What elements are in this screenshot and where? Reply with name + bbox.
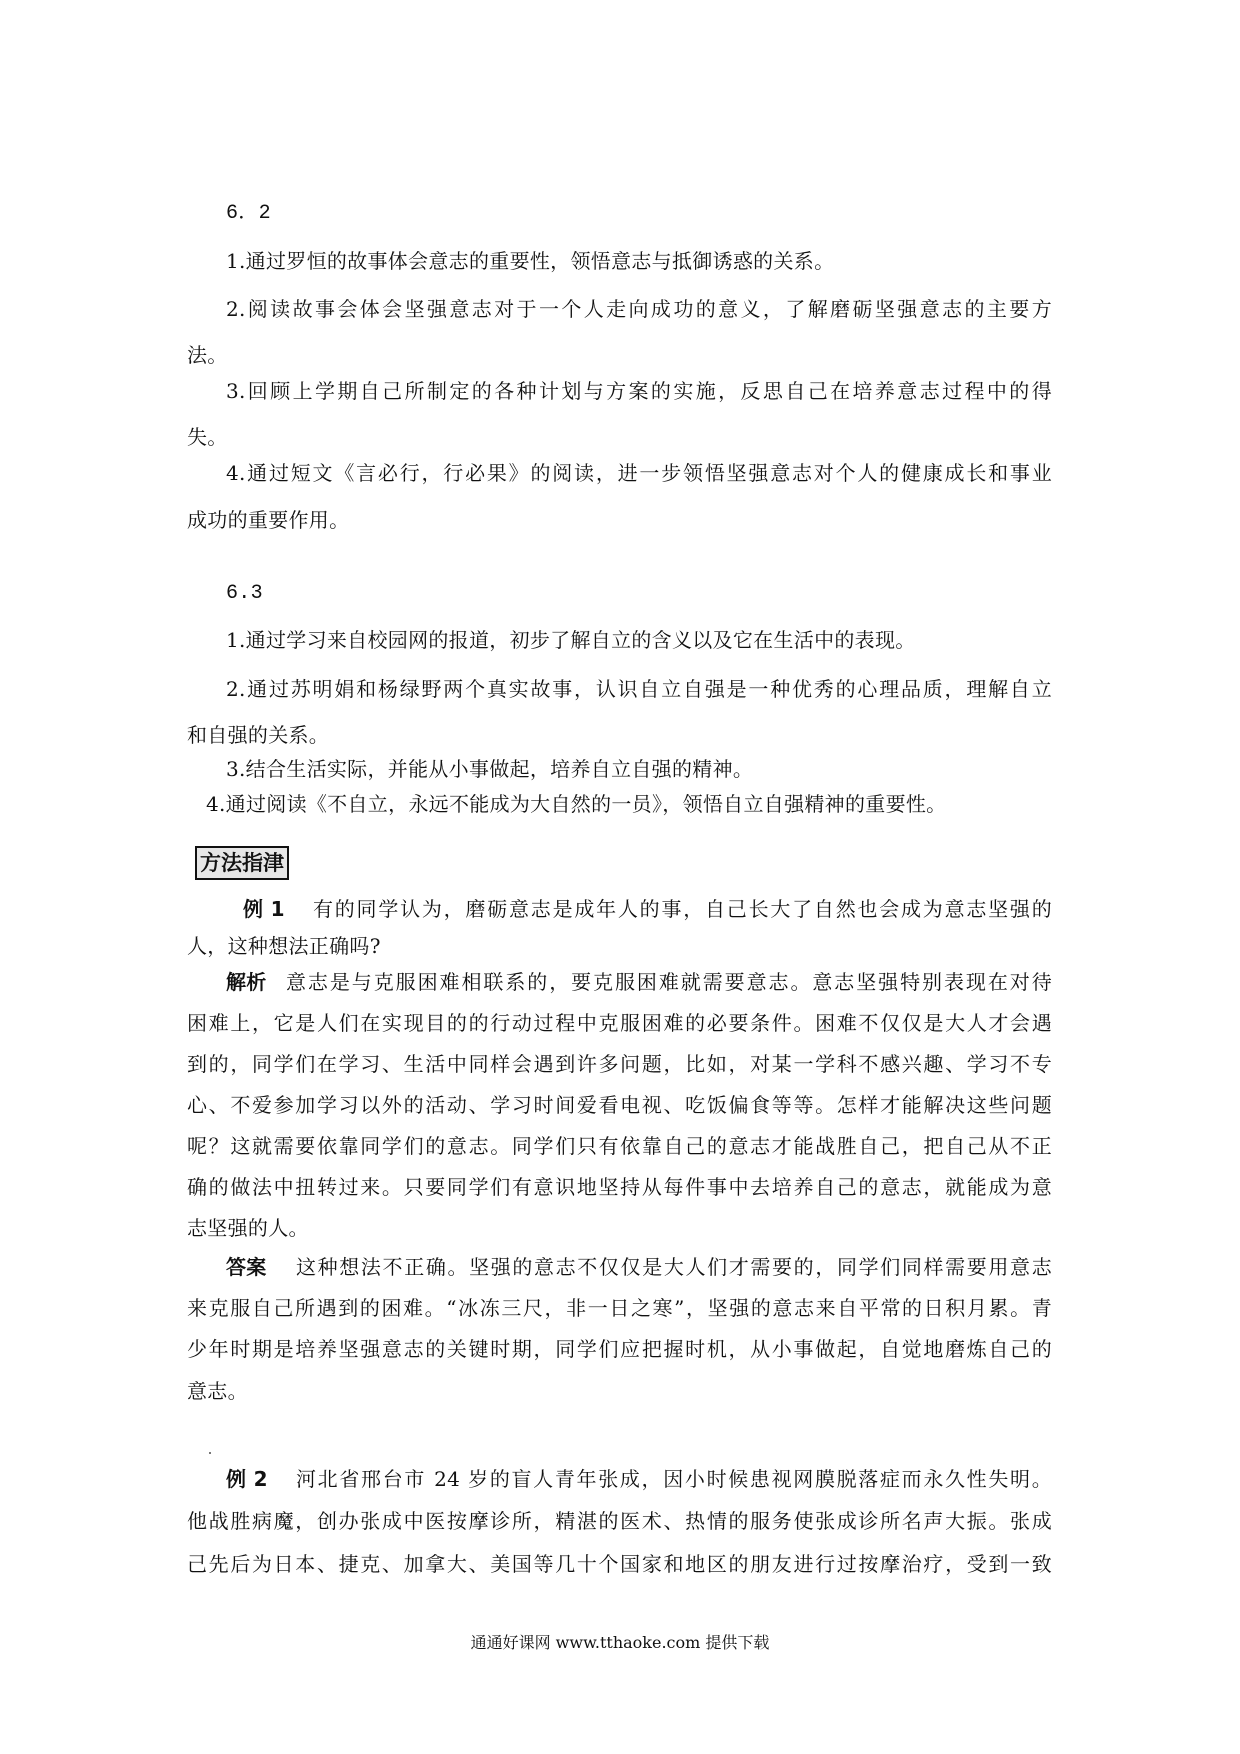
- objective-item: 3.结合生活实际，并能从小事做起，培养自立自强的精神。: [226, 755, 753, 783]
- objective-item-cont: 成功的重要作用。: [187, 506, 349, 534]
- analysis-text: 确的做法中扭转过来。只要同学们有意识地坚持从每件事中去培养自己的意志，就能成为意: [187, 1173, 1052, 1201]
- section-number: 6．2: [226, 200, 271, 228]
- answer-label: 答案: [226, 1255, 267, 1279]
- objective-item: 4.通过阅读《不自立，永远不能成为大自然的一员》，领悟自立自强精神的重要性。: [206, 790, 946, 818]
- analysis-text: 呢？这就需要依靠同学们的意志。同学们只有依靠自己的意志才能战胜自己，把自己从不正: [187, 1132, 1052, 1160]
- objective-item: 1.通过罗恒的故事体会意志的重要性，领悟意志与抵御诱惑的关系。: [226, 247, 834, 275]
- example-text: 己先后为日本、捷克、加拿大、美国等几十个国家和地区的朋友进行过按摩治疗，受到一致: [187, 1550, 1052, 1578]
- example-2-label: 例 2: [226, 1467, 268, 1491]
- document-page: 6．2 1.通过罗恒的故事体会意志的重要性，领悟意志与抵御诱惑的关系。 2.阅读…: [0, 0, 1240, 1754]
- example-question-cont: 人，这种想法正确吗?: [187, 932, 381, 960]
- objective-item: 2.通过苏明娟和杨绿野两个真实故事，认识自立自强是一种优秀的心理品质，理解自立: [226, 675, 1052, 703]
- answer-text: 意志。: [187, 1377, 248, 1405]
- answer-label-line: 答案: [226, 1253, 267, 1281]
- analysis-label-line: 解析: [226, 968, 267, 996]
- objective-item: 2.阅读故事会体会坚强意志对于一个人走向成功的意义，了解磨砺坚强意志的主要方: [226, 295, 1052, 323]
- answer-text: 这种想法不正确。坚强的意志不仅仅是大人们才需要的，同学们同样需要用意志: [296, 1253, 1052, 1281]
- objective-item-cont: 法。: [187, 341, 228, 369]
- objective-item: 4.通过短文《言必行，行必果》的阅读，进一步领悟坚强意志对个人的健康成长和事业: [226, 459, 1052, 487]
- page-footer: 通通好课网 www.tthaoke.com 提供下载: [0, 1632, 1240, 1654]
- analysis-text: 意志是与克服困难相联系的，要克服困难就需要意志。意志坚强特别表现在对待: [286, 968, 1052, 996]
- analysis-text: 困难上，它是人们在实现目的的行动过程中克服困难的必要条件。困难不仅仅是大人才会遇: [187, 1009, 1052, 1037]
- objective-item: 3.回顾上学期自己所制定的各种计划与方案的实施，反思自己在培养意志过程中的得: [226, 377, 1052, 405]
- method-heading: 方法指津: [195, 846, 289, 880]
- example-text: 他战胜病魔，创办张成中医按摩诊所，精湛的医术、热情的服务使张成诊所名声大振。张成: [187, 1507, 1052, 1535]
- objective-item-cont: 和自强的关系。: [187, 721, 329, 749]
- stray-mark: [209, 1452, 211, 1454]
- objective-item: 1.通过学习来自校园网的报道，初步了解自立的含义以及它在生活中的表现。: [226, 626, 916, 654]
- answer-text: 来克服自己所遇到的困难。“冰冻三尺，非一日之寒”，坚强的意志来自平常的日积月累。…: [187, 1294, 1052, 1322]
- analysis-label: 解析: [226, 970, 267, 994]
- example-label: 例 2: [226, 1465, 268, 1493]
- example-text: 河北省邢台市 24 岁的盲人青年张成，因小时候患视网膜脱落症而永久性失明。: [296, 1465, 1052, 1493]
- analysis-text: 志坚强的人。: [187, 1214, 309, 1242]
- example-question: 有的同学认为，磨砺意志是成年人的事，自己长大了自然也会成为意志坚强的: [313, 895, 1052, 923]
- section-number: 6.3: [226, 580, 263, 608]
- analysis-text: 心、不爱参加学习以外的活动、学习时间爱看电视、吃饭偏食等等。怎样才能解决这些问题: [187, 1091, 1052, 1119]
- objective-item-cont: 失。: [187, 423, 228, 451]
- example-label: 例 1: [243, 895, 285, 923]
- analysis-text: 到的，同学们在学习、生活中同样会遇到许多问题，比如，对某一学科不感兴趣、学习不专: [187, 1050, 1052, 1078]
- answer-text: 少年时期是培养坚强意志的关键时期，同学们应把握时机，从小事做起，自觉地磨炼自己的: [187, 1335, 1052, 1363]
- example-1-label: 例 1: [243, 897, 285, 921]
